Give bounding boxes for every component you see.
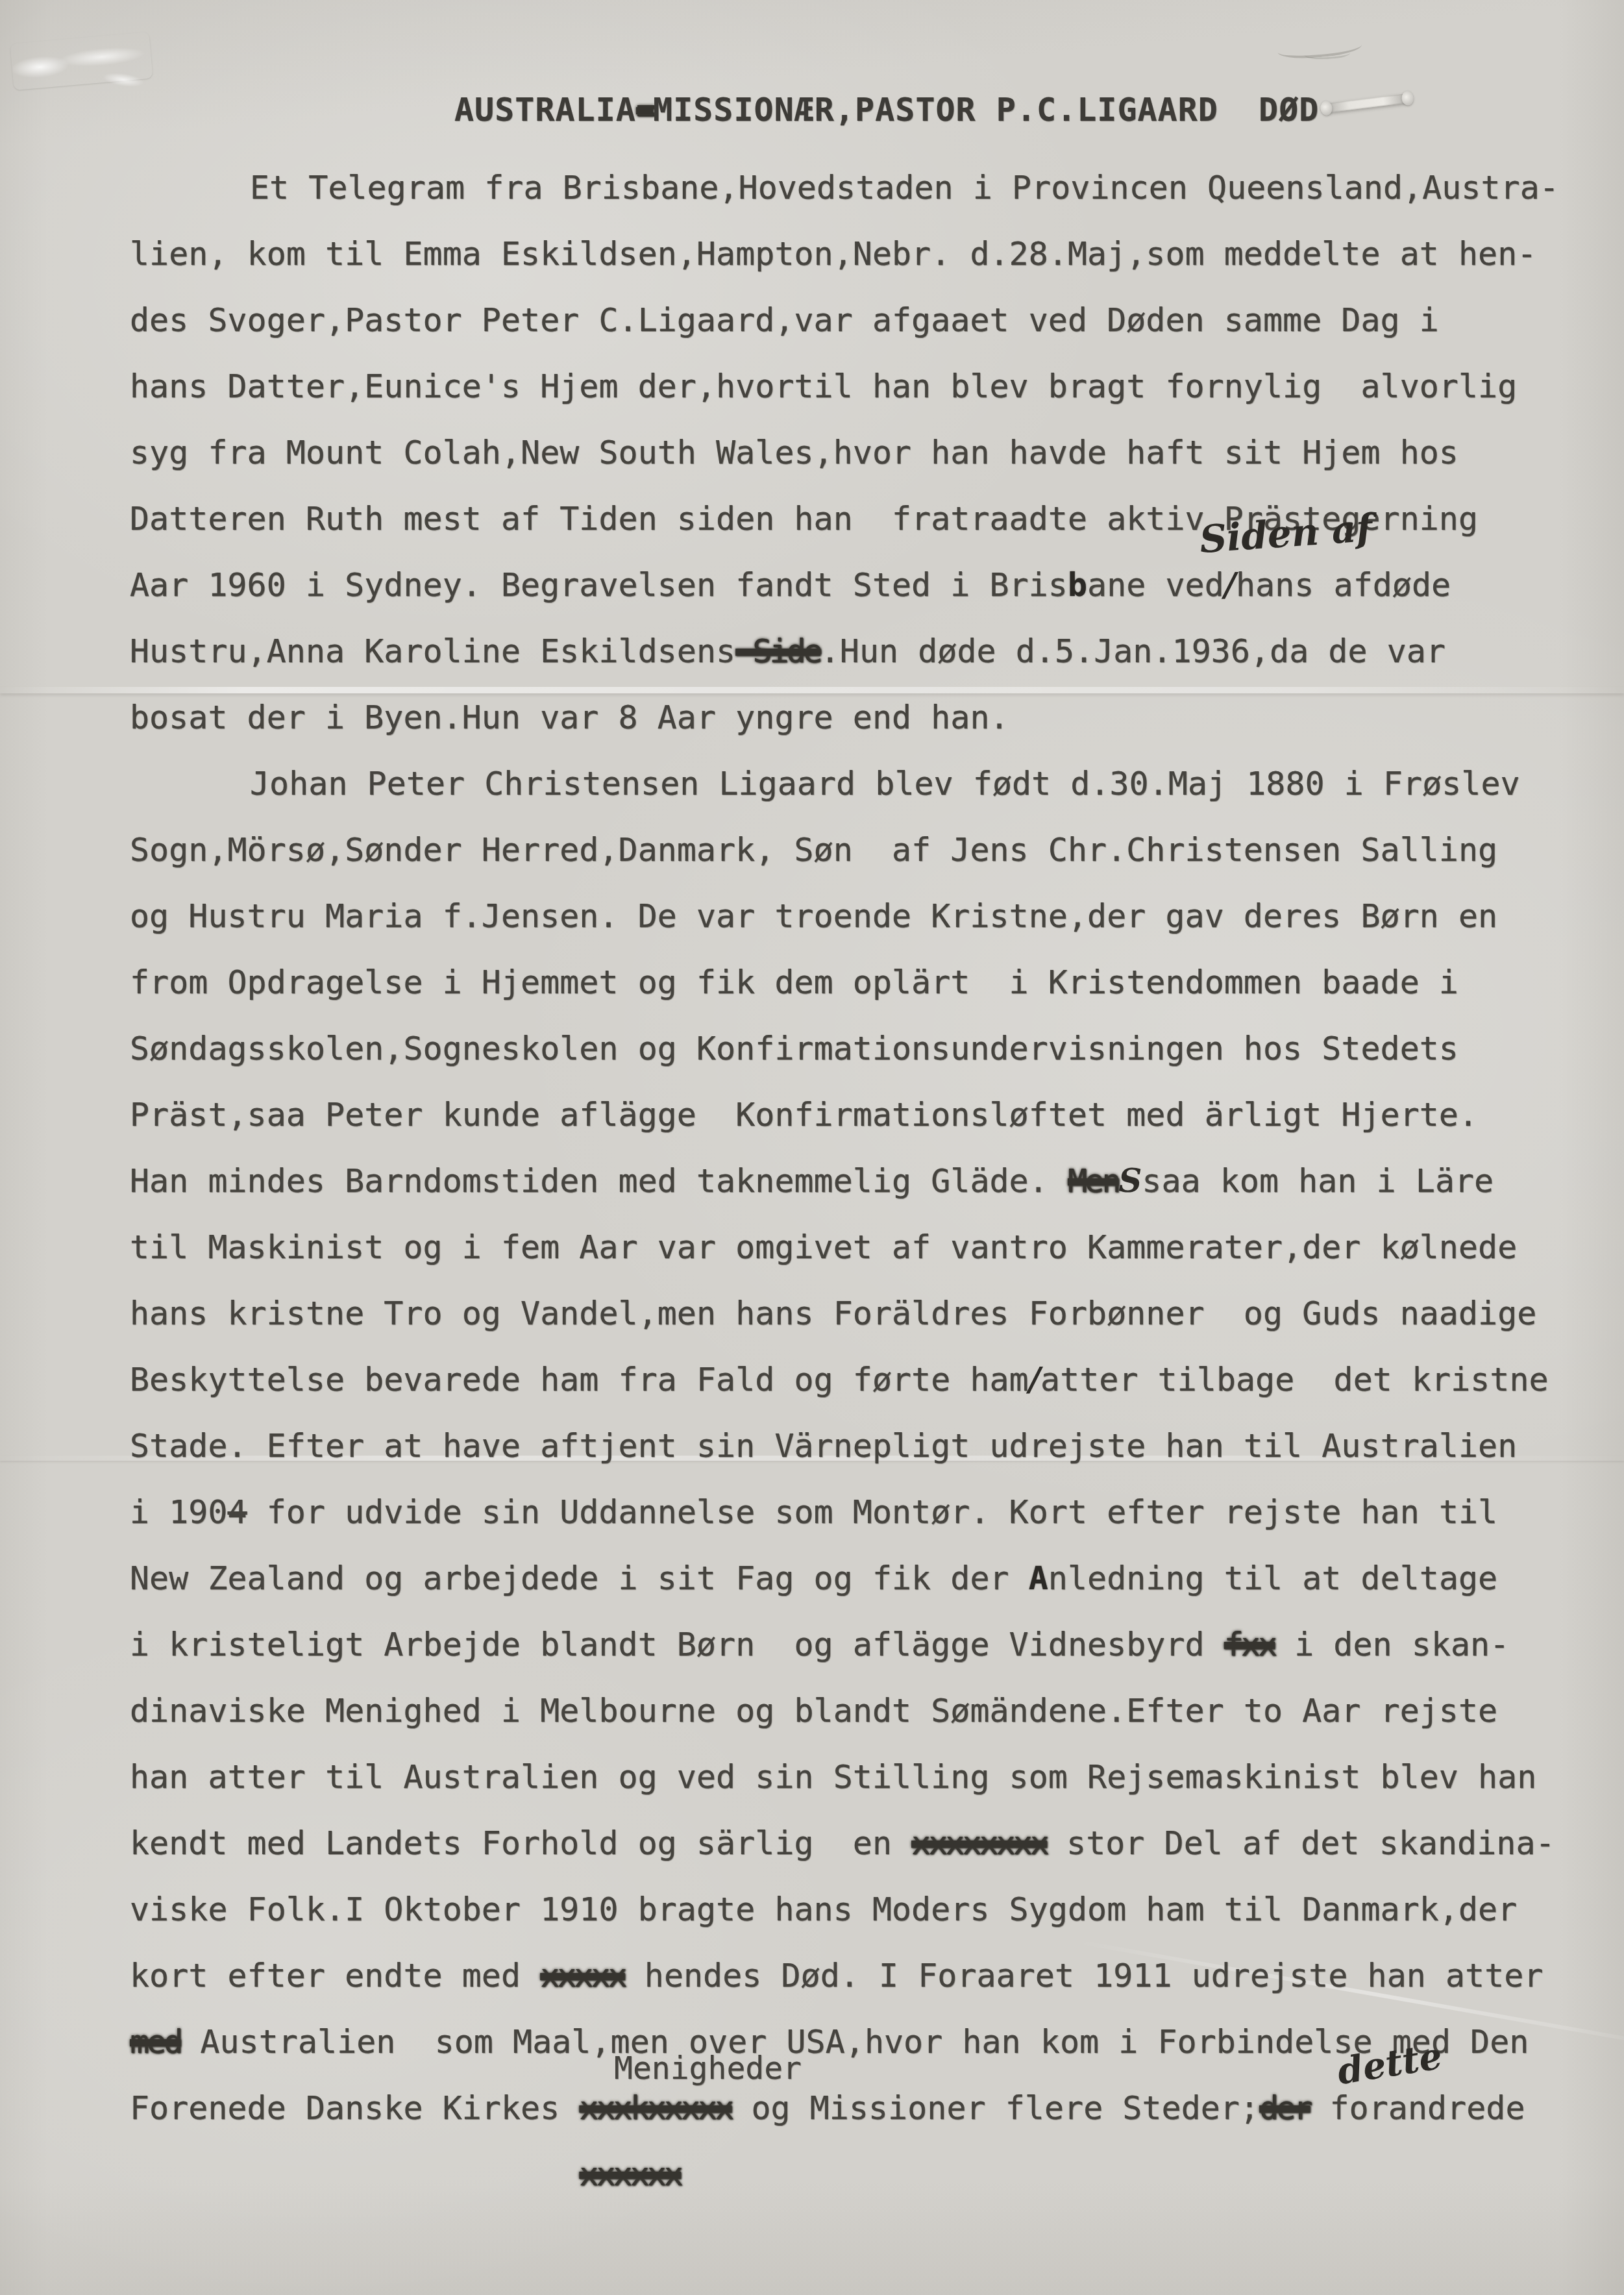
text-segment: MISSIONÆR,PASTOR P.C.LIGAARD DØD <box>653 91 1319 129</box>
text-segment: Hustru,Anna Karoline Eskildsens <box>130 632 735 670</box>
text-line: Sogn,Mörsø,Sønder Herred,Danmark, Søn af… <box>130 817 1624 883</box>
text-line: lien, kom til Emma Eskildsen,Hampton,Neb… <box>130 221 1624 287</box>
text-line: i 1904 for udvide sin Uddannelse som Mon… <box>130 1479 1624 1545</box>
text-segment: i 190 <box>130 1493 228 1531</box>
text-line: xxxxxx <box>130 2141 1624 2207</box>
text-segment <box>130 2155 579 2193</box>
text-segment: og Hustru Maria f.Jensen. De var troende… <box>130 897 1497 935</box>
text-segment: forandrede <box>1310 2089 1525 2127</box>
text-line: han atter til Australien og ved sin Stil… <box>130 1744 1624 1810</box>
text-segment-hw: S <box>1118 1161 1142 1200</box>
text-segment: Stade. Efter at have aftjent sin Värnepl… <box>130 1427 1517 1465</box>
text-segment: viske Folk.I Oktober 1910 bragte hans Mo… <box>130 1891 1517 1928</box>
text-line: viske Folk.I Oktober 1910 bragte hans Mo… <box>130 1876 1624 1942</box>
text-segment: hans kristne Tro og Vandel,men hans Forä… <box>130 1295 1536 1332</box>
text-segment: Han mindes Barndomstiden med taknemmelig… <box>130 1162 1068 1200</box>
text-segment-blob: xxxxxx <box>579 2155 681 2193</box>
text-segment-blob: xxxkxxxxx <box>579 2089 732 2127</box>
text-segment: saa kom han i Läre <box>1142 1162 1494 1200</box>
text-line: kort efter endte med xxxxx hendes Død. I… <box>130 1942 1624 2009</box>
text-segment: Beskyttelse bevarede ham fra Fald og før… <box>130 1361 1029 1398</box>
text-segment-hwbold: A <box>1029 1559 1048 1597</box>
typed-annotation-menigheder: Menigheder <box>614 2050 802 2087</box>
document-title: AUSTRALIA=MISSIONÆR,PASTOR P.C.LIGAARD D… <box>130 84 1624 155</box>
text-segment-blob: Side <box>735 632 820 670</box>
text-segment-blob: fxx <box>1224 1626 1275 1663</box>
text-line: Johan Peter Christensen Ligaard blev fød… <box>130 751 1624 817</box>
text-line: from Opdragelse i Hjemmet og fik dem opl… <box>130 949 1624 1015</box>
text-line: New Zealand og arbejdede i sit Fag og fi… <box>130 1545 1624 1611</box>
text-segment: des Svoger,Pastor Peter C.Ligaard,var af… <box>130 301 1439 339</box>
text-segment: Sogn,Mörsø,Sønder Herred,Danmark, Søn af… <box>130 831 1497 869</box>
paper-damage <box>10 32 153 90</box>
text-line: Präst,saa Peter kunde aflägge Konfirmati… <box>130 1082 1624 1148</box>
text-segment-blob: = <box>636 91 653 129</box>
text-segment-hw: / <box>1029 1360 1040 1398</box>
text-line: Forenede Danske Kirkes xxxkxxxxx og Miss… <box>130 2075 1624 2141</box>
text-segment: han atter til Australien og ved sin Stil… <box>130 1758 1536 1796</box>
text-segment: atter tilbage det kristne <box>1040 1361 1549 1398</box>
text-segment-blob: der <box>1259 2089 1310 2127</box>
text-segment: stor Del af det skandina- <box>1047 1824 1555 1862</box>
scanned-document-page: AUSTRALIA=MISSIONÆR,PASTOR P.C.LIGAARD D… <box>0 0 1624 2295</box>
text-line: syg fra Mount Colah,New South Wales,hvor… <box>130 419 1624 486</box>
text-segment: Et Telegram fra Brisbane,Hovedstaden i P… <box>250 169 1559 206</box>
text-segment-blob: xxxxx <box>540 1957 625 1994</box>
text-segment-hwbold: b <box>1068 566 1087 604</box>
text-segment-hw: / <box>1224 565 1236 604</box>
text-segment: hans Datter,Eunice's Hjem der,hvortil ha… <box>130 367 1517 405</box>
text-segment: til Maskinist og i fem Aar var omgivet a… <box>130 1228 1517 1266</box>
text-segment: .Hun døde d.5.Jan.1936,da de var <box>820 632 1446 670</box>
text-line: bosat der i Byen.Hun var 8 Aar yngre end… <box>130 684 1624 751</box>
text-segment: og Missioner flere Steder; <box>732 2089 1259 2127</box>
text-segment: Johan Peter Christensen Ligaard blev fød… <box>250 765 1520 802</box>
text-line: Han mindes Barndomstiden med taknemmelig… <box>130 1148 1624 1214</box>
text-segment-strike: 4 <box>228 1493 247 1531</box>
text-line: Hustru,Anna Karoline Eskildsens Side.Hun… <box>130 618 1624 684</box>
typewritten-text: AUSTRALIA=MISSIONÆR,PASTOR P.C.LIGAARD D… <box>130 84 1624 2207</box>
text-line: Stade. Efter at have aftjent sin Värnepl… <box>130 1413 1624 1479</box>
text-line: des Svoger,Pastor Peter C.Ligaard,var af… <box>130 287 1624 353</box>
text-line: i kristeligt Arbejde blandt Børn og aflä… <box>130 1611 1624 1678</box>
text-line: hans Datter,Eunice's Hjem der,hvortil ha… <box>130 353 1624 419</box>
text-segment: hans afdøde <box>1236 566 1451 604</box>
text-line: og Hustru Maria f.Jensen. De var troende… <box>130 883 1624 949</box>
text-segment: Präst,saa Peter kunde aflägge Konfirmati… <box>130 1096 1478 1134</box>
text-line: Søndagsskolen,Sogneskolen og Konfirmatio… <box>130 1015 1624 1082</box>
text-segment: dinaviske Menighed i Melbourne og blandt… <box>130 1692 1497 1730</box>
text-segment-blob: xxxxxxxx <box>911 1824 1047 1862</box>
text-line: Datteren Ruth mest af Tiden siden han fr… <box>130 486 1624 552</box>
text-segment: syg fra Mount Colah,New South Wales,hvor… <box>130 434 1458 471</box>
text-segment: AUSTRALIA <box>454 91 636 129</box>
text-segment: Australien som Maal,men over USA,hvor ha… <box>180 2023 1529 2061</box>
text-segment: Forenede Danske Kirkes <box>130 2089 579 2127</box>
text-segment-blob: med <box>130 2023 180 2061</box>
text-segment: kendt med Landets Forhold og särlig en <box>130 1824 911 1862</box>
text-segment: i kristeligt Arbejde blandt Børn og aflä… <box>130 1626 1224 1663</box>
text-segment: New Zealand og arbejdede i sit Fag og fi… <box>130 1559 1029 1597</box>
text-segment: bosat der i Byen.Hun var 8 Aar yngre end… <box>130 699 1009 736</box>
text-segment: hendes Død. I Foraaret 1911 udrejste han… <box>625 1957 1544 1994</box>
text-line: dinaviske Menighed i Melbourne og blandt… <box>130 1678 1624 1744</box>
text-segment-blob: Men <box>1068 1162 1118 1200</box>
text-segment: nledning til at deltage <box>1048 1559 1497 1597</box>
text-segment: ane ved <box>1087 566 1224 604</box>
text-segment: Aar 1960 i Sydney. Begravelsen fandt Ste… <box>130 566 1068 604</box>
text-segment: lien, kom til Emma Eskildsen,Hampton,Neb… <box>130 235 1536 273</box>
text-segment: Søndagsskolen,Sogneskolen og Konfirmatio… <box>130 1030 1458 1067</box>
text-line: hans kristne Tro og Vandel,men hans Forä… <box>130 1280 1624 1346</box>
text-line: til Maskinist og i fem Aar var omgivet a… <box>130 1214 1624 1280</box>
text-line: kendt med Landets Forhold og särlig en x… <box>130 1810 1624 1876</box>
text-segment: i den skan- <box>1275 1626 1509 1663</box>
text-segment: kort efter endte med <box>130 1957 540 1994</box>
text-segment: for udvide sin Uddannelse som Montør. Ko… <box>247 1493 1498 1531</box>
text-segment: from Opdragelse i Hjemmet og fik dem opl… <box>130 963 1458 1001</box>
text-line: Beskyttelse bevarede ham fra Fald og før… <box>130 1346 1624 1413</box>
text-line: Aar 1960 i Sydney. Begravelsen fandt Ste… <box>130 552 1624 618</box>
text-line: Et Telegram fra Brisbane,Hovedstaden i P… <box>130 155 1624 221</box>
